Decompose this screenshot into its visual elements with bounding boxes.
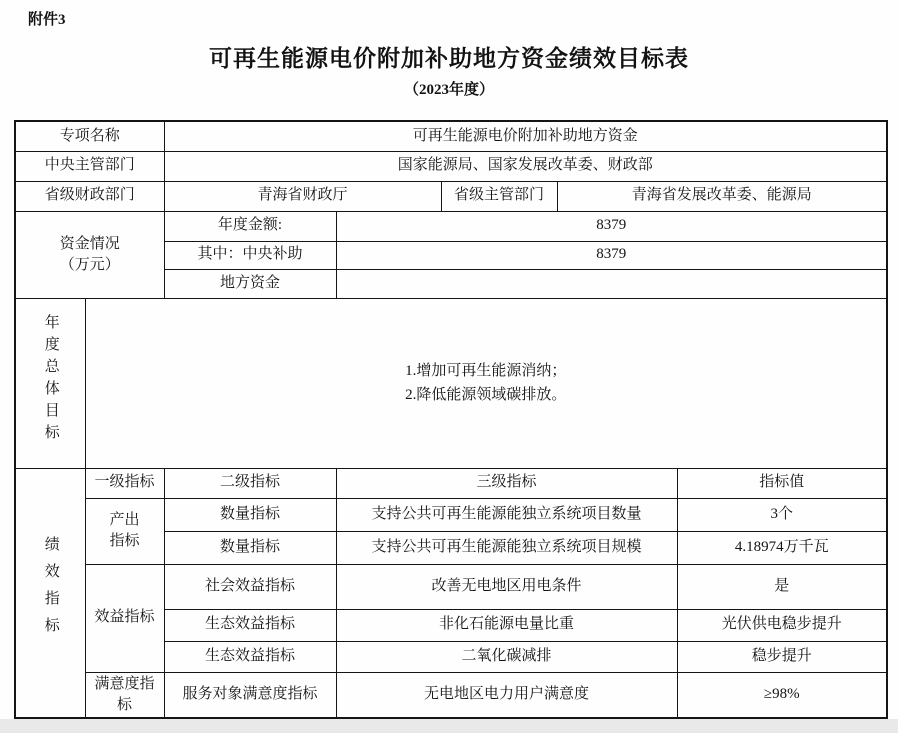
page-bottom-edge	[0, 719, 898, 733]
annual-goal-content-cell: 1.增加可再生能源消纳； 2.降低能源领域碳排放。	[85, 298, 887, 468]
satisfaction-group-label: 满意度指标	[93, 674, 157, 715]
level3-indicator-cell: 无电地区电力用户满意度	[336, 672, 677, 718]
table-row: 产出指标 数量指标 支持公共可再生能源能独立系统项目数量 3个	[15, 498, 887, 531]
project-name-value-cell: 可再生能源电价附加补助地方资金	[164, 121, 887, 151]
level2-indicator-cell: 服务对象满意度指标	[164, 672, 336, 718]
table-row: 资金情况 （万元） 年度金额: 8379	[15, 211, 887, 241]
indicator-value-cell: 4.18974万千瓦	[677, 531, 887, 564]
table-row: 中央主管部门 国家能源局、国家发展改革委、财政部	[15, 151, 887, 181]
central-subsidy-value-cell: 8379	[336, 241, 887, 269]
central-dept-label-cell: 中央主管部门	[15, 151, 164, 181]
table-row: 绩效指标 一级指标 二级指标 三级指标 指标值	[15, 468, 887, 498]
annual-goal-line-2: 2.降低能源领域碳排放。	[90, 383, 883, 407]
level3-indicator-cell: 改善无电地区用电条件	[336, 564, 677, 609]
funding-label-cell: 资金情况 （万元）	[15, 211, 164, 298]
header-value-cell: 指标值	[677, 468, 887, 498]
local-fund-label-cell: 地方资金	[164, 269, 336, 298]
table-row: 专项名称 可再生能源电价附加补助地方资金	[15, 121, 887, 151]
funding-label-line1: 资金情况	[20, 234, 160, 254]
indicator-value-cell: 光伏供电稳步提升	[677, 609, 887, 641]
indicator-value-cell: ≥98%	[677, 672, 887, 718]
level3-indicator-cell: 二氧化碳减排	[336, 641, 677, 672]
page-title: 可再生能源电价附加补助地方资金绩效目标表	[0, 40, 898, 73]
annual-amount-label-cell: 年度金额:	[164, 211, 336, 241]
performance-label-cell: 绩效指标	[15, 468, 85, 718]
annual-goal-label: 年度总体目标	[43, 314, 58, 446]
central-dept-value-cell: 国家能源局、国家发展改革委、财政部	[164, 151, 887, 181]
satisfaction-group-label-cell: 满意度指标	[85, 672, 164, 718]
annual-goal-line-1: 1.增加可再生能源消纳；	[90, 359, 883, 383]
indicator-value-cell: 3个	[677, 498, 887, 531]
annual-goal-label-cell: 年度总体目标	[15, 298, 85, 468]
provincial-dept-value-cell: 青海省发展改革委、能源局	[557, 181, 887, 211]
table-row: 省级财政部门 青海省财政厅 省级主管部门 青海省发展改革委、能源局	[15, 181, 887, 211]
level2-indicator-cell: 数量指标	[164, 498, 336, 531]
project-name-label-cell: 专项名称	[15, 121, 164, 151]
central-subsidy-label-cell: 其中：中央补助	[164, 241, 336, 269]
performance-target-table: 专项名称 可再生能源电价附加补助地方资金 中央主管部门 国家能源局、国家发展改革…	[14, 120, 888, 719]
document-page: 附件3 可再生能源电价附加补助地方资金绩效目标表 （2023年度） 专项名称 可…	[0, 0, 898, 733]
level2-indicator-cell: 生态效益指标	[164, 609, 336, 641]
local-fund-value-cell	[336, 269, 887, 298]
output-group-label: 产出指标	[108, 510, 140, 552]
table-row: 效益指标 社会效益指标 改善无电地区用电条件 是	[15, 564, 887, 609]
provincial-finance-value-cell: 青海省财政厅	[164, 181, 441, 211]
table-row: 年度总体目标 1.增加可再生能源消纳； 2.降低能源领域碳排放。	[15, 298, 887, 468]
benefit-group-label-cell: 效益指标	[85, 564, 164, 672]
header-level3-cell: 三级指标	[336, 468, 677, 498]
level2-indicator-cell: 生态效益指标	[164, 641, 336, 672]
header-level2-cell: 二级指标	[164, 468, 336, 498]
attachment-label: 附件3	[28, 8, 66, 29]
provincial-finance-label-cell: 省级财政部门	[15, 181, 164, 211]
provincial-dept-label-cell: 省级主管部门	[441, 181, 557, 211]
level2-indicator-cell: 数量指标	[164, 531, 336, 564]
level2-indicator-cell: 社会效益指标	[164, 564, 336, 609]
level3-indicator-cell: 支持公共可再生能源能独立系统项目数量	[336, 498, 677, 531]
header-level1-cell: 一级指标	[85, 468, 164, 498]
indicator-value-cell: 稳步提升	[677, 641, 887, 672]
table-row: 满意度指标 服务对象满意度指标 无电地区电力用户满意度 ≥98%	[15, 672, 887, 718]
level3-indicator-cell: 非化石能源电量比重	[336, 609, 677, 641]
funding-label-line2: （万元）	[20, 255, 160, 275]
page-subtitle: （2023年度）	[0, 78, 898, 99]
performance-label: 绩效指标	[43, 536, 58, 644]
level3-indicator-cell: 支持公共可再生能源能独立系统项目规模	[336, 531, 677, 564]
output-group-label-cell: 产出指标	[85, 498, 164, 564]
annual-amount-value-cell: 8379	[336, 211, 887, 241]
benefit-group-label: 效益指标	[95, 609, 155, 625]
indicator-value-cell: 是	[677, 564, 887, 609]
